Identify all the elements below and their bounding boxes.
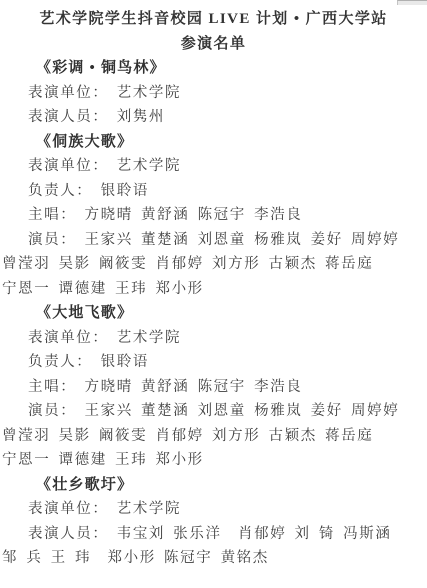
program-detail-line: 表演单位： 艺术学院 xyxy=(0,81,427,106)
doc-subtitle: 参演名单 xyxy=(0,32,427,57)
scrollbar-fragment xyxy=(397,0,427,5)
program-detail-line: 负责人： 银聆语 xyxy=(0,350,427,375)
program-detail-line: 负责人： 银聆语 xyxy=(0,179,427,204)
program-detail-line: 主唱： 方晓晴 黄舒涵 陈冠宇 李浩良 xyxy=(0,375,427,400)
program-title-dadifeige: 《大地飞歌》 xyxy=(0,301,427,326)
program-detail-line: 演员： 王家兴 董楚涵 刘恩童 杨雅岚 姜好 周婷婷 xyxy=(0,228,427,253)
program-title-dongzudage: 《侗族大歌》 xyxy=(0,130,427,155)
program-detail-line-wrap: 邹 兵 王 玮 郑小形 陈冠宇 黄铭杰 xyxy=(0,546,427,571)
program-detail-line: 表演单位： 艺术学院 xyxy=(0,497,427,522)
document-page: 艺术学院学生抖音校园 LIVE 计划 • 广西大学站 参演名单 《彩调 • 铜鸟… xyxy=(0,0,427,588)
program-detail-line-wrap: 宁恩一 谭德建 王玮 郑小形 xyxy=(0,448,427,473)
program-detail-line: 表演单位： 艺术学院 xyxy=(0,326,427,351)
program-detail-line-wrap: 曾滢羽 吴影 阚筱雯 肖郁婷 刘方形 古颖杰 蒋岳庭 xyxy=(0,252,427,277)
program-detail-line: 表演单位： 艺术学院 xyxy=(0,154,427,179)
doc-title: 艺术学院学生抖音校园 LIVE 计划 • 广西大学站 xyxy=(0,7,427,32)
program-detail-line-wrap: 宁恩一 谭德建 王玮 郑小形 xyxy=(0,277,427,302)
program-title-zhuangxianggexu: 《壮乡歌圩》 xyxy=(0,473,427,498)
program-detail-line: 表演人员： 刘隽州 xyxy=(0,105,427,130)
program-title-caidiao: 《彩调 • 铜鸟林》 xyxy=(0,56,427,81)
program-detail-line: 主唱： 方晓晴 黄舒涵 陈冠宇 李浩良 xyxy=(0,203,427,228)
program-detail-line-wrap: 曾滢羽 吴影 阚筱雯 肖郁婷 刘方形 古颖杰 蒋岳庭 xyxy=(0,424,427,449)
program-detail-line: 表演人员： 韦宝刘 张乐洋 肖郁婷 刘 锜 冯斯涵 xyxy=(0,522,427,547)
program-detail-line: 演员： 王家兴 董楚涵 刘恩童 杨雅岚 姜好 周婷婷 xyxy=(0,399,427,424)
